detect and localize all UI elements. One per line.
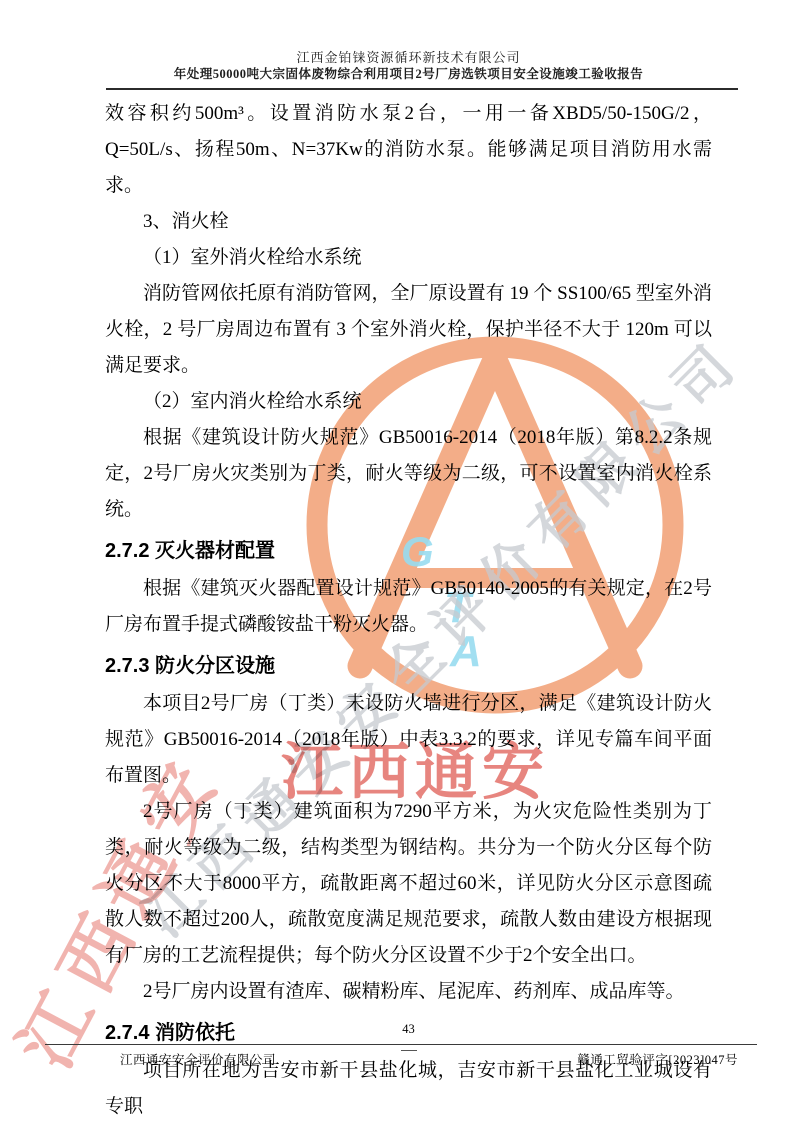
page-number-dash xyxy=(401,1050,417,1051)
footer-doc-number: 赣通工贸验评字[2023]047号 xyxy=(577,1050,738,1068)
footer-rule xyxy=(45,1044,757,1045)
report-header: 江西金铂铼资源循环新技术有限公司 年处理50000吨大宗固体废物综合利用项目2号… xyxy=(105,49,712,83)
body-paragraph: 根据《建筑灭火器配置设计规范》GB50140-2005的有关规定，在2号厂房布置… xyxy=(105,571,712,643)
section-heading: 2.7.2 灭火器材配置 xyxy=(105,533,712,569)
body-paragraph: 2号厂房内设置有渣库、碳精粉库、尾泥库、药剂库、成品库等。 xyxy=(105,974,712,1010)
footer-company: 江西通安安全评价有限公司 xyxy=(120,1050,276,1068)
body-paragraph: （1）室外消火栓给水系统 xyxy=(105,240,712,276)
body-paragraph: 根据《建筑设计防火规范》GB50016-2014（2018年版）第8.2.2条规… xyxy=(105,420,712,528)
header-report-title: 年处理50000吨大宗固体废物综合利用项目2号厂房选铁项目安全设施竣工验收报告 xyxy=(105,66,712,83)
header-rule xyxy=(106,88,738,90)
page-number: 43 xyxy=(105,1022,712,1037)
document-body: 效容积约500m³。设置消防水泵2台，一用一备XBD5/50-150G/2，Q=… xyxy=(105,96,712,1125)
red-brand-watermark: 江西通安 xyxy=(281,722,549,811)
body-paragraph: 消防管网依托原有消防管网，全厂原设置有 19 个 SS100/65 型室外消火栓… xyxy=(105,276,712,384)
section-heading: 2.7.3 防火分区设施 xyxy=(105,648,712,684)
body-paragraph: （2）室内消火栓给水系统 xyxy=(105,384,712,420)
body-paragraph: 3、消火栓 xyxy=(105,204,712,240)
report-page: 江西金铂铼资源循环新技术有限公司 年处理50000吨大宗固体废物综合利用项目2号… xyxy=(0,0,800,1131)
body-paragraph: 效容积约500m³。设置消防水泵2台，一用一备XBD5/50-150G/2，Q=… xyxy=(105,96,712,204)
header-company: 江西金铂铼资源循环新技术有限公司 xyxy=(105,49,712,66)
